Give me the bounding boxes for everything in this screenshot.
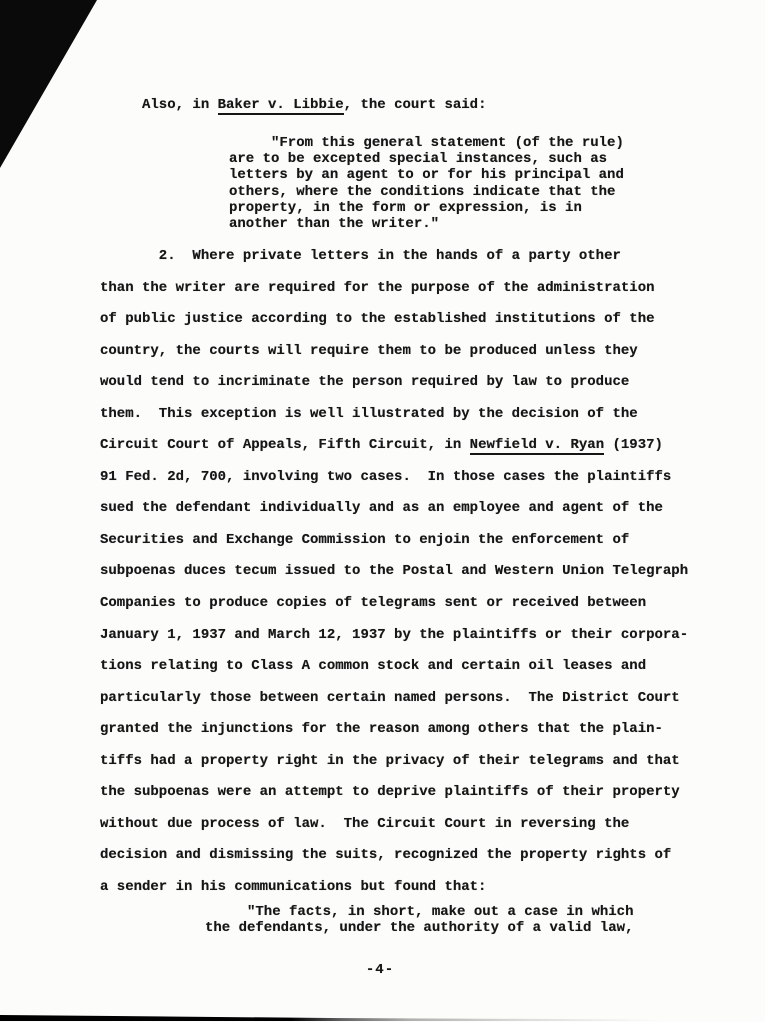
block-quote-2: "The facts, in short, make out a case in… [205,904,633,936]
document-page: Also, in Baker v. Libbie, the court said… [0,0,765,1022]
body-line: January 1, 1937 and March 12, 1937 by th… [100,620,688,652]
body-line: Companies to produce copies of telegrams… [100,588,688,620]
intro-line: Also, in Baker v. Libbie, the court said… [100,97,486,113]
body-line: tiffs had a property right in the privac… [100,746,688,778]
body-line: them. This exception is well illustrated… [100,399,688,431]
body-line: would tend to incriminate the person req… [100,367,688,399]
body-line: particularly those between certain named… [100,683,688,715]
case-citation-newfield-v-ryan: Newfield v. Ryan [470,437,604,455]
main-paragraph: 2. Where private letters in the hands of… [100,241,688,903]
intro-text-pre: Also, in [100,97,218,113]
body-line-citation: Circuit Court of Appeals, Fifth Circuit,… [100,430,688,462]
body-line: of public justice according to the estab… [100,304,688,336]
scan-artifact-corner-triangle [0,0,97,168]
body-line: the subpoenas were an attempt to deprive… [100,777,688,809]
quote-line: the defendants, under the authority of a… [205,920,633,936]
quote-line: property, in the form or expression, is … [229,200,624,216]
cite-text-pre: Circuit Court of Appeals, Fifth Circuit,… [100,437,470,453]
body-line: tions relating to Class A common stock a… [100,651,688,683]
body-line: 91 Fed. 2d, 700, involving two cases. In… [100,462,688,494]
quote-line: another than the writer." [229,216,624,232]
body-line: a sender in his communications but found… [100,872,688,904]
body-line: country, the courts will require them to… [100,336,688,368]
block-quote-1: "From this general statement (of the rul… [229,135,624,232]
page-number: -4- [340,962,420,978]
cite-text-post: (1937) [604,437,663,453]
case-citation-baker-v-libbie: Baker v. Libbie [218,97,344,115]
body-line: without due process of law. The Circuit … [100,809,688,841]
quote-line: others, where the conditions indicate th… [229,184,624,200]
body-line: than the writer are required for the pur… [100,273,688,305]
body-line: decision and dismissing the suits, recog… [100,840,688,872]
body-line: Securities and Exchange Commission to en… [100,525,688,557]
quote-line: "From this general statement (of the rul… [229,135,624,151]
body-line: sued the defendant individually and as a… [100,493,688,525]
body-line: subpoenas duces tecum issued to the Post… [100,556,688,588]
quote-line: are to be excepted special instances, su… [229,151,624,167]
body-line: 2. Where private letters in the hands of… [100,241,688,273]
quote-line: letters by an agent to or for his princi… [229,167,624,183]
body-line: granted the injunctions for the reason a… [100,714,688,746]
intro-text-post: , the court said: [344,97,487,113]
quote-line: "The facts, in short, make out a case in… [205,904,633,920]
scan-artifact-bottom-bar [0,1015,660,1021]
